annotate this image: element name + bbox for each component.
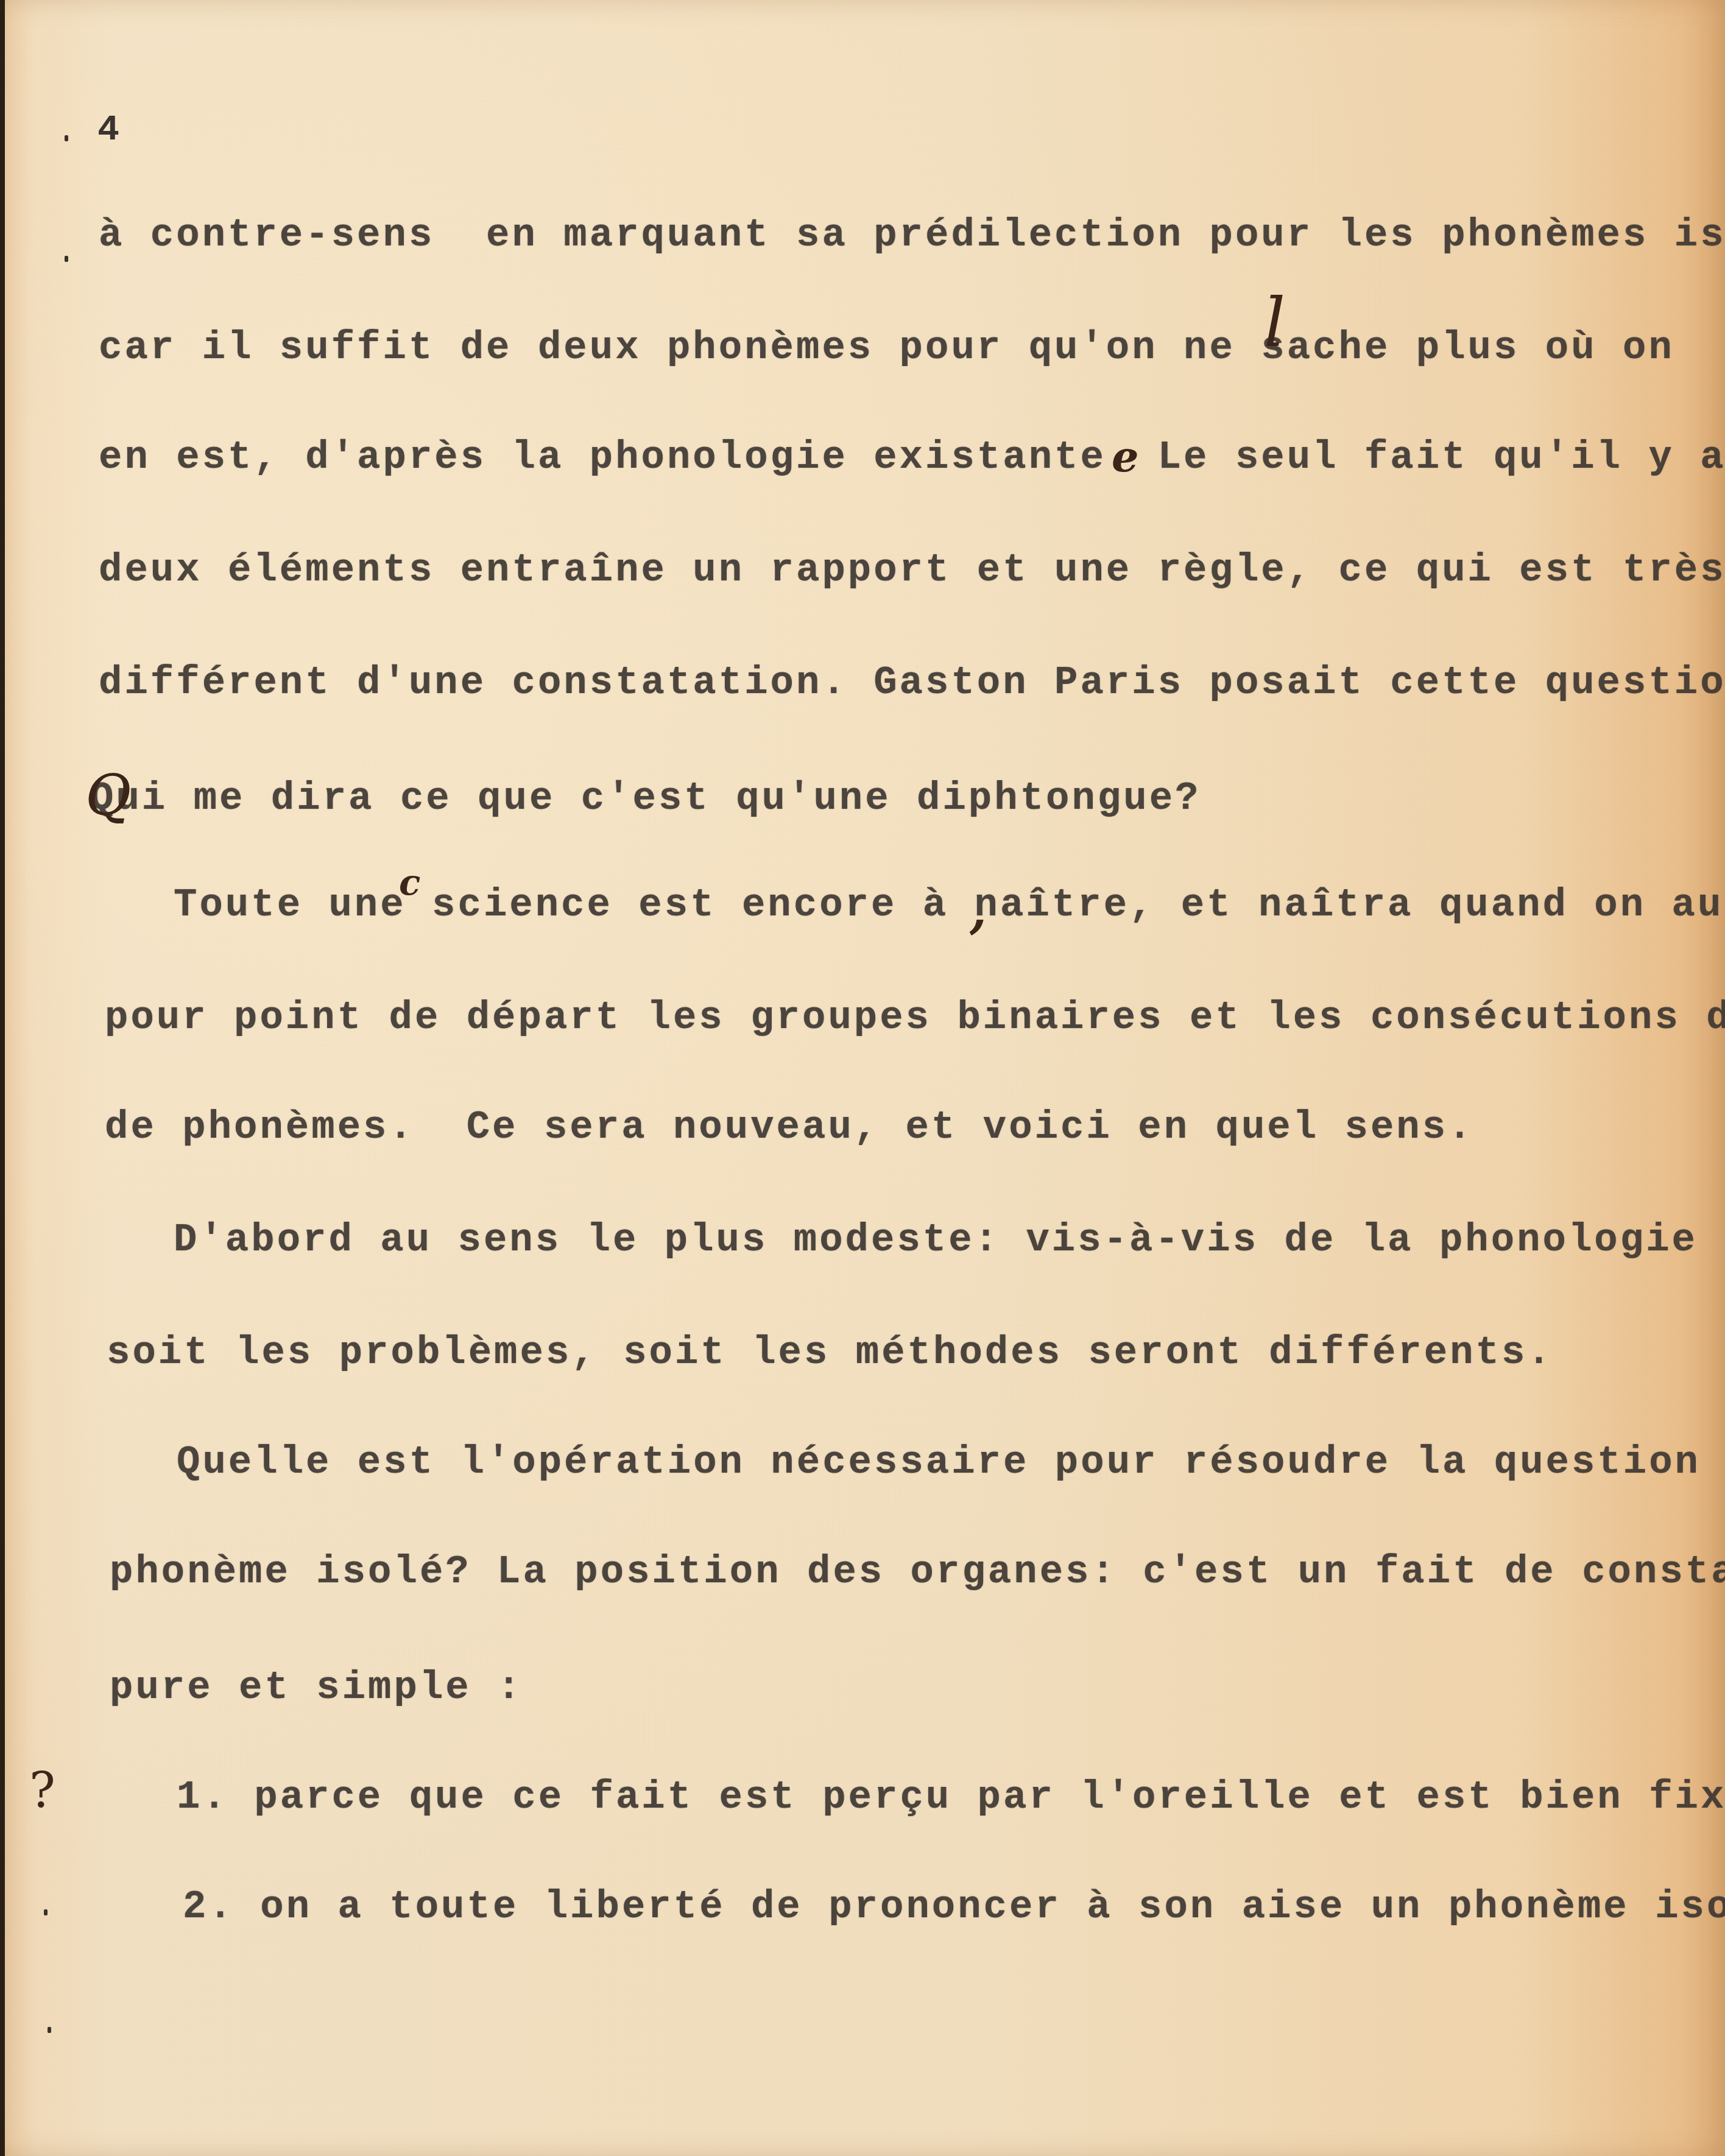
handwritten-l-correction: l: [1264, 289, 1285, 356]
text-line-8: pour point de départ les groupes binaire…: [105, 999, 1725, 1038]
handwritten-e-correction: e: [1112, 435, 1139, 478]
list-item-2: 2. on a toute liberté de prononcer à son…: [183, 1888, 1725, 1927]
text-line-11: soit les problèmes, soit les méthodes se…: [107, 1334, 1553, 1373]
text-line-2: car il suffit de deux phonèmes pour qu'o…: [99, 329, 1674, 368]
text-line-4: deux éléments entraîne un rapport et une…: [99, 551, 1725, 590]
text-line-14: pure et simple :: [110, 1669, 523, 1708]
text-line-13: phonème isolé? La position des organes: …: [110, 1553, 1725, 1592]
margin-question-mark: ?: [29, 1766, 55, 1815]
text-line-12: Quelle est l'opération nécessaire pour r…: [177, 1443, 1725, 1482]
text-line-10: D'abord au sens le plus modeste: vis-à-v…: [174, 1221, 1725, 1260]
page-number: 4: [97, 110, 119, 151]
text-line-9: de phonèmes. Ce sera nouveau, et voici e…: [105, 1108, 1474, 1147]
text-line-6: Qui me dira ce que c'est qu'une diphtong…: [90, 780, 1201, 819]
margin-mark: [44, 1909, 48, 1915]
text-line-1: à contre-sens en marquant sa prédilectio…: [99, 216, 1725, 255]
scan-edge: [0, 0, 5, 2156]
list-item-1: 1. parce que ce fait est perçu par l'ore…: [177, 1778, 1725, 1817]
document-page: 4 à contre-sens en marquant sa prédilect…: [0, 0, 1725, 2156]
margin-mark: [65, 256, 68, 262]
margin-mark: [65, 135, 68, 141]
margin-mark: [48, 2027, 51, 2033]
handwritten-c-insertion: c: [399, 865, 420, 900]
text-line-3: en est, d'après la phonologie existante.…: [99, 439, 1725, 477]
handwritten-comma: ,: [970, 886, 987, 935]
handwritten-q-correction: Q: [85, 767, 131, 823]
text-line-5: différent d'une constatation. Gaston Par…: [99, 664, 1725, 703]
